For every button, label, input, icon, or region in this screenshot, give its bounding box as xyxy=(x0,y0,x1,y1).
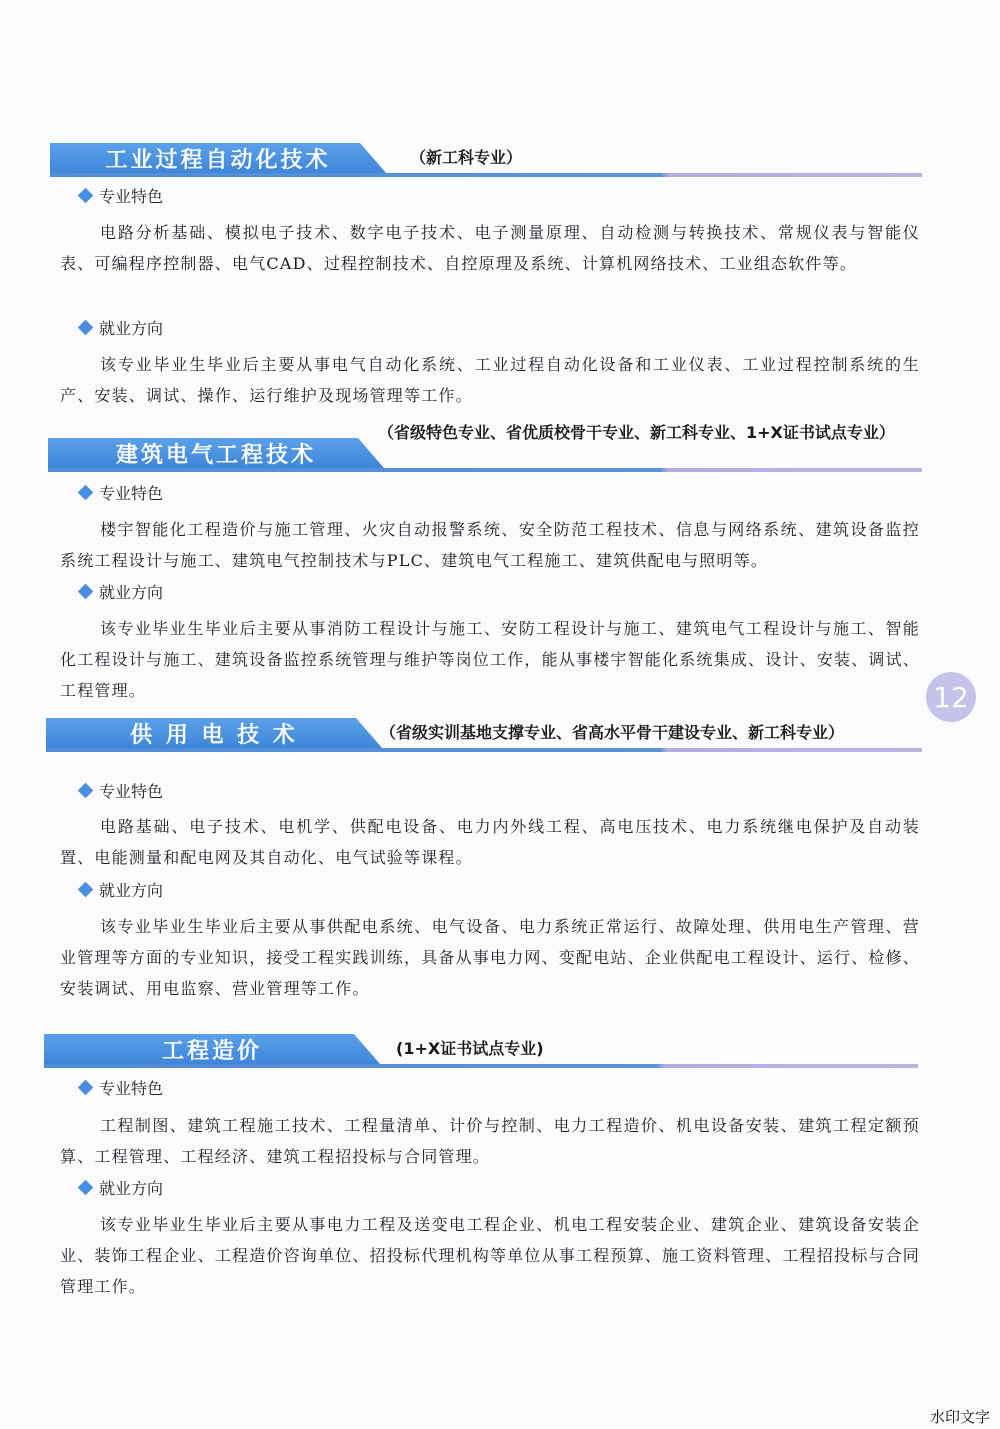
career-text: 该专业毕业生毕业后主要从事电气自动化系统、工业过程自动化设备和工业仪表、工业过程… xyxy=(60,349,920,411)
section-tag: (1+X证书试点专业) xyxy=(396,1038,544,1060)
section-building-electrical: 建筑电气工程技术 （省级特色专业、省优质校骨干专业、新工科专业、1+X证书试点专… xyxy=(0,438,1000,474)
career-label: 就业方向 xyxy=(99,580,163,603)
section-title-tab: 建筑电气工程技术 xyxy=(48,438,384,468)
section-title-tab: 供 用 电 技 术 xyxy=(46,718,382,748)
career-label: 就业方向 xyxy=(99,1176,163,1199)
diamond-bullet-icon xyxy=(78,783,94,799)
section-industrial-automation: 工业过程自动化技术 （新工科专业） xyxy=(0,143,1000,179)
section-title: 工程造价 xyxy=(162,1034,262,1065)
career-heading: 就业方向 xyxy=(80,878,163,901)
features-heading: 专业特色 xyxy=(80,184,163,207)
career-heading: 就业方向 xyxy=(80,580,163,603)
career-text: 该专业毕业生毕业后主要从事消防工程设计与施工、安防工程设计与施工、建筑电气工程设… xyxy=(60,613,920,706)
features-label: 专业特色 xyxy=(99,184,163,207)
section-banner: 工业过程自动化技术 （新工科专业） xyxy=(0,143,1000,179)
features-text: 电路分析基础、模拟电子技术、数字电子技术、电子测量原理、自动检测与转换技术、常规… xyxy=(60,217,920,279)
features-heading: 专业特色 xyxy=(80,1076,163,1099)
section-banner: 供 用 电 技 术 （省级实训基地支撑专业、省高水平骨干建设专业、新工科专业） xyxy=(0,718,1000,754)
features-text: 楼宇智能化工程造价与施工管理、火灾自动报警系统、安全防范工程技术、信息与网络系统… xyxy=(60,514,920,576)
features-heading: 专业特色 xyxy=(80,481,163,504)
section-tag: （省级特色专业、省优质校骨干专业、新工科专业、1+X证书试点专业） xyxy=(378,422,918,444)
diamond-bullet-icon xyxy=(78,584,94,600)
diamond-bullet-icon xyxy=(78,320,94,336)
banner-rule xyxy=(50,173,922,177)
section-banner: 建筑电气工程技术 （省级特色专业、省优质校骨干专业、新工科专业、1+X证书试点专… xyxy=(0,438,1000,474)
career-text: 该专业毕业生毕业后主要从事供配电系统、电气设备、电力系统正常运行、故障处理、供用… xyxy=(60,911,920,1004)
page-number-badge: 12 xyxy=(926,672,976,722)
features-label: 专业特色 xyxy=(99,481,163,504)
features-text: 工程制图、建筑工程施工技术、工程量清单、计价与控制、电力工程造价、机电设备安装、… xyxy=(60,1110,920,1172)
banner-rule xyxy=(44,1064,918,1068)
diamond-bullet-icon xyxy=(78,1080,94,1096)
career-heading: 就业方向 xyxy=(80,1176,163,1199)
features-heading: 专业特色 xyxy=(80,779,163,802)
section-title: 工业过程自动化技术 xyxy=(105,143,330,174)
features-text: 电路基础、电子技术、电机学、供配电设备、电力内外线工程、高电压技术、电力系统继电… xyxy=(60,811,920,873)
section-title-tab: 工业过程自动化技术 xyxy=(50,143,386,173)
section-engineering-cost: 工程造价 (1+X证书试点专业) xyxy=(0,1034,1000,1070)
section-title-tab: 工程造价 xyxy=(44,1034,380,1064)
section-power-supply: 供 用 电 技 术 （省级实训基地支撑专业、省高水平骨干建设专业、新工科专业） xyxy=(0,718,1000,754)
section-tag: （省级实训基地支撑专业、省高水平骨干建设专业、新工科专业） xyxy=(380,722,844,744)
section-banner: 工程造价 (1+X证书试点专业) xyxy=(0,1034,1000,1070)
section-tag: （新工科专业） xyxy=(410,147,522,169)
career-text: 该专业毕业生毕业后主要从事电力工程及送变电工程企业、机电工程安装企业、建筑企业、… xyxy=(60,1209,920,1302)
diamond-bullet-icon xyxy=(78,1180,94,1196)
diamond-bullet-icon xyxy=(78,882,94,898)
section-title: 供 用 电 技 术 xyxy=(130,718,298,749)
section-title: 建筑电气工程技术 xyxy=(116,438,316,469)
features-label: 专业特色 xyxy=(99,779,163,802)
career-label: 就业方向 xyxy=(99,878,163,901)
diamond-bullet-icon xyxy=(78,485,94,501)
career-heading: 就业方向 xyxy=(80,316,163,339)
banner-rule xyxy=(48,468,922,472)
features-label: 专业特色 xyxy=(99,1076,163,1099)
watermark-text: 水印文字 xyxy=(930,1406,990,1427)
career-label: 就业方向 xyxy=(99,316,163,339)
diamond-bullet-icon xyxy=(78,188,94,204)
banner-rule xyxy=(46,748,922,752)
